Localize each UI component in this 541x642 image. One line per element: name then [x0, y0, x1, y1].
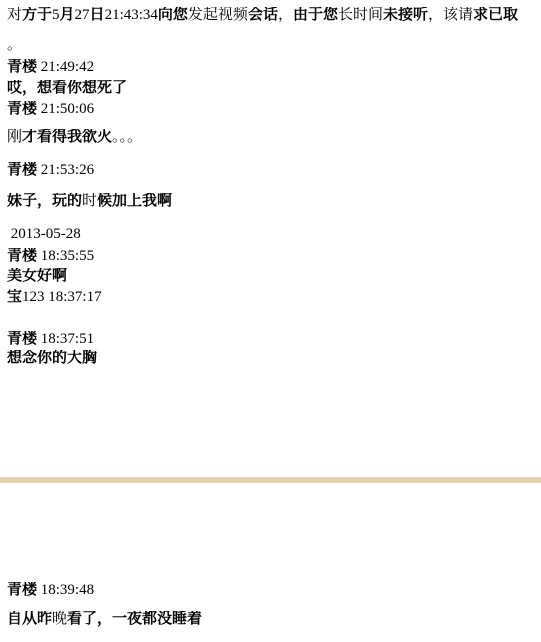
video-call-notice-wrap-line: 。 — [7, 38, 541, 53]
text-segment: 21:49:42 — [37, 59, 94, 75]
text-segment: 妹子，玩的 — [7, 193, 82, 209]
text-segment: 对 — [7, 7, 22, 23]
text-segment: 会话 — [248, 7, 278, 23]
sender-timestamp-line: 青楼 18:35:55 — [7, 248, 541, 264]
sender-timestamp-line: 宝123 18:37:17 — [7, 289, 541, 305]
message-line: 自从昨晚看了，一夜都没睡着 — [7, 611, 541, 627]
text-segment: 。。。 — [112, 129, 142, 145]
text-segment: 自从昨 — [7, 611, 52, 627]
text-segment: 方于 — [22, 7, 52, 23]
sender-timestamp-line: 青楼 21:50:06 — [7, 101, 541, 117]
text-segment: 日 — [90, 7, 105, 23]
text-segment: 青楼 — [7, 59, 37, 75]
text-segment: 21:53:26 — [37, 162, 94, 178]
message-line: 妹子，玩的时候加上我啊 — [7, 193, 541, 209]
text-segment: 时 — [82, 193, 97, 209]
text-segment: 候加上我啊 — [97, 193, 172, 209]
sender-timestamp-line: 青楼 21:53:26 — [7, 162, 541, 178]
chat-log-page: 对方于5月27日21:43:34向您发起视频会话，由于您长时间未接听，该请求已取… — [0, 0, 541, 642]
text-segment: 18:35:55 — [37, 248, 94, 264]
message-line: 哎，想看你想死了 — [7, 80, 541, 96]
date-separator-line: 2013-05-28 — [7, 227, 541, 242]
text-segment: 。 — [7, 38, 22, 53]
text-segment: 发起视频 — [188, 7, 248, 23]
text-segment: 看了，一夜都没睡着 — [67, 611, 202, 627]
text-segment: 月 — [60, 7, 75, 23]
text-segment: 5 — [52, 7, 60, 23]
text-segment: 求已取 — [473, 7, 518, 23]
sender-timestamp-line: 青楼 18:39:48 — [7, 582, 541, 598]
text-segment: 向您 — [158, 7, 188, 23]
text-segment: 青楼 — [7, 162, 37, 178]
text-segment: 21:50:06 — [37, 101, 94, 117]
video-call-notice-line: 对方于5月27日21:43:34向您发起视频会话，由于您长时间未接听，该请求已取 — [7, 7, 541, 23]
text-segment: ，该请 — [428, 7, 473, 23]
text-segment: 2013-05-28 — [7, 227, 81, 242]
section-divider — [0, 477, 541, 483]
text-segment: ， — [278, 7, 293, 23]
text-segment: 青楼 — [7, 248, 37, 264]
text-segment: 由于您 — [293, 7, 338, 23]
message-line: 刚才看得我欲火。。。 — [7, 129, 541, 145]
text-segment: 想念你的大胸 — [7, 350, 97, 366]
text-segment: 刚 — [7, 129, 22, 145]
text-segment: 青楼 — [7, 331, 37, 347]
message-line: 想念你的大胸 — [7, 350, 541, 366]
text-segment: 21:43:34 — [105, 7, 158, 23]
message-line: 美女好啊 — [7, 268, 541, 284]
sender-timestamp-line: 青楼 21:49:42 — [7, 59, 541, 75]
text-segment: 长时间 — [338, 7, 383, 23]
text-segment: 晚 — [52, 611, 67, 627]
text-segment: 青楼 — [7, 582, 37, 598]
text-segment: 宝 — [7, 289, 22, 305]
sender-timestamp-line: 青楼 18:37:51 — [7, 331, 541, 347]
text-segment: 未接听 — [383, 7, 428, 23]
text-segment: 18:37:51 — [37, 331, 94, 347]
text-segment: 青楼 — [7, 101, 37, 117]
text-segment: 哎，想看你想死了 — [7, 80, 127, 96]
text-segment: 123 18:37:17 — [22, 289, 102, 305]
text-segment: 18:39:48 — [37, 582, 94, 598]
text-segment: 27 — [75, 7, 90, 23]
text-segment: 美女好啊 — [7, 268, 67, 284]
text-segment: 才看得我欲火 — [22, 129, 112, 145]
